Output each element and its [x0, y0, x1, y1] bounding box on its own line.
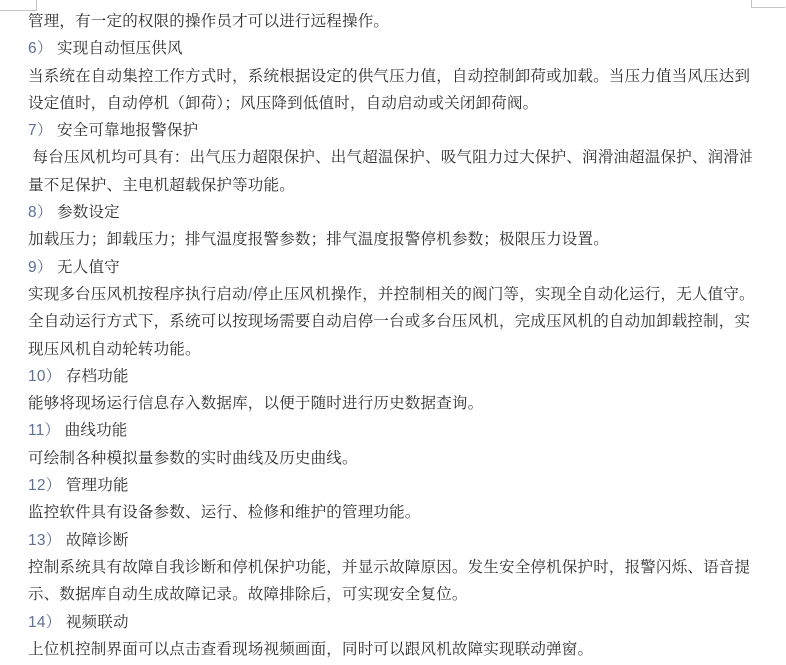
text-line: 监控软件具有设备参数、运行、检修和维护的管理功能。: [28, 499, 752, 526]
line-text: 上位机控制界面可以点击查看现场视频画面，同时可以跟风机故障实现联动弹窗。: [28, 641, 593, 658]
text-line: 控制系统具有故障自我诊断和停机保护功能，并显示故障原因。发生安全停机保护时，报警…: [28, 554, 752, 581]
text-line: 可绘制各种模拟量参数的实时曲线及历史曲线。: [28, 445, 752, 472]
heading-line: 7） 安全可靠地报警保护: [28, 117, 752, 144]
line-text: 设定值时，自动停机（卸荷）；风压降到低值时，自动启动或关闭卸荷阀。: [28, 95, 538, 112]
line-text: 能够将现场运行信息存入数据库，以便于随时进行历史数据查询。: [28, 395, 483, 412]
line-text: 控制系统具有故障自我诊断和停机保护功能，并显示故障原因。发生安全停机保护时，报警…: [28, 559, 750, 576]
list-number: 9）: [28, 259, 53, 276]
line-text: 安全可靠地报警保护: [53, 122, 199, 139]
line-text: 曲线功能: [60, 422, 127, 439]
heading-line: 14） 视频联动: [28, 609, 752, 636]
line-text: 视频联动: [61, 614, 128, 631]
line-text: 存档功能: [61, 368, 128, 385]
line-text: 管理功能: [61, 477, 128, 494]
line-text: 停止压风机操作，并控制相关的阀门等，实现全自动化运行，无人值守。: [252, 286, 752, 303]
list-number: 6）: [28, 40, 53, 57]
line-text: 加载压力；卸载压力；排气温度报警参数；排气温度报警停机参数；极限压力设置。: [28, 231, 609, 248]
list-number: 14）: [28, 614, 61, 631]
line-text: 现压风机自动轮转功能。: [28, 341, 201, 358]
text-line: 每台压风机均可具有：出气压力超限保护、出气超温保护、吸气阻力过大保护、润滑油超温…: [28, 144, 752, 171]
line-text: 全自动运行方式下，系统可以按现场需要自动启停一台或多台压风机，完成压风机的自动加…: [28, 313, 750, 330]
text-line: 实现多台压风机按程序执行启动/停止压风机操作，并控制相关的阀门等，实现全自动化运…: [28, 281, 752, 308]
line-text: 示、数据库自动生成故障记录。故障排除后，可实现安全复位。: [28, 586, 468, 603]
list-number: 10）: [28, 368, 61, 385]
heading-line: 11） 曲线功能: [28, 417, 752, 444]
list-number: 12）: [28, 477, 61, 494]
text-line: 全自动运行方式下，系统可以按现场需要自动启停一台或多台压风机，完成压风机的自动加…: [28, 308, 752, 335]
line-text: 监控软件具有设备参数、运行、检修和维护的管理功能。: [28, 504, 421, 521]
line-text: 实现多台压风机按程序执行启动: [28, 286, 248, 303]
document-page: 管理，有一定的权限的操作员才可以进行远程操作。6） 实现自动恒压供风当系统在自动…: [0, 0, 786, 665]
heading-line: 10） 存档功能: [28, 363, 752, 390]
text-line: 上位机控制界面可以点击查看现场视频画面，同时可以跟风机故障实现联动弹窗。: [28, 636, 752, 663]
heading-line: 8） 参数设定: [28, 199, 752, 226]
text-boundary-mark-top-right-horizontal: [751, 7, 785, 8]
text-line: 现压风机自动轮转功能。: [28, 336, 752, 363]
line-text: 每台压风机均可具有：出气压力超限保护、出气超温保护、吸气阻力过大保护、润滑油超温…: [28, 149, 752, 166]
text-line: 加载压力；卸载压力；排气温度报警参数；排气温度报警停机参数；极限压力设置。: [28, 226, 752, 253]
line-text: 量不足保护、主电机超载保护等功能。: [28, 177, 295, 194]
list-number: 13）: [28, 532, 61, 549]
text-line: 当系统在自动集控工作方式时，系统根据设定的供气压力值，自动控制卸荷或加载。当压力…: [28, 63, 752, 90]
text-line: 量不足保护、主电机超载保护等功能。: [28, 172, 752, 199]
list-number: 11）: [28, 422, 60, 439]
document-lines: 管理，有一定的权限的操作员才可以进行远程操作。6） 实现自动恒压供风当系统在自动…: [28, 8, 752, 663]
line-text: 故障诊断: [61, 532, 128, 549]
heading-line: 12） 管理功能: [28, 472, 752, 499]
line-text: 参数设定: [53, 204, 120, 221]
text-line: 示、数据库自动生成故障记录。故障排除后，可实现安全复位。: [28, 581, 752, 608]
heading-line: 9） 无人值守: [28, 254, 752, 281]
line-text: 当系统在自动集控工作方式时，系统根据设定的供气压力值，自动控制卸荷或加载。当压力…: [28, 68, 750, 85]
line-text: 可绘制各种模拟量参数的实时曲线及历史曲线。: [28, 450, 358, 467]
line-text: 管理，有一定的权限的操作员才可以进行远程操作。: [28, 13, 389, 30]
text-line: 设定值时，自动停机（卸荷）；风压降到低值时，自动启动或关闭卸荷阀。: [28, 90, 752, 117]
list-number: 8）: [28, 204, 53, 221]
heading-line: 13） 故障诊断: [28, 527, 752, 554]
line-text: 实现自动恒压供风: [53, 40, 183, 57]
heading-line: 6） 实现自动恒压供风: [28, 35, 752, 62]
line-text: 无人值守: [53, 259, 120, 276]
text-line: 管理，有一定的权限的操作员才可以进行远程操作。: [28, 8, 752, 35]
text-line: 能够将现场运行信息存入数据库，以便于随时进行历史数据查询。: [28, 390, 752, 417]
list-number: 7）: [28, 122, 53, 139]
